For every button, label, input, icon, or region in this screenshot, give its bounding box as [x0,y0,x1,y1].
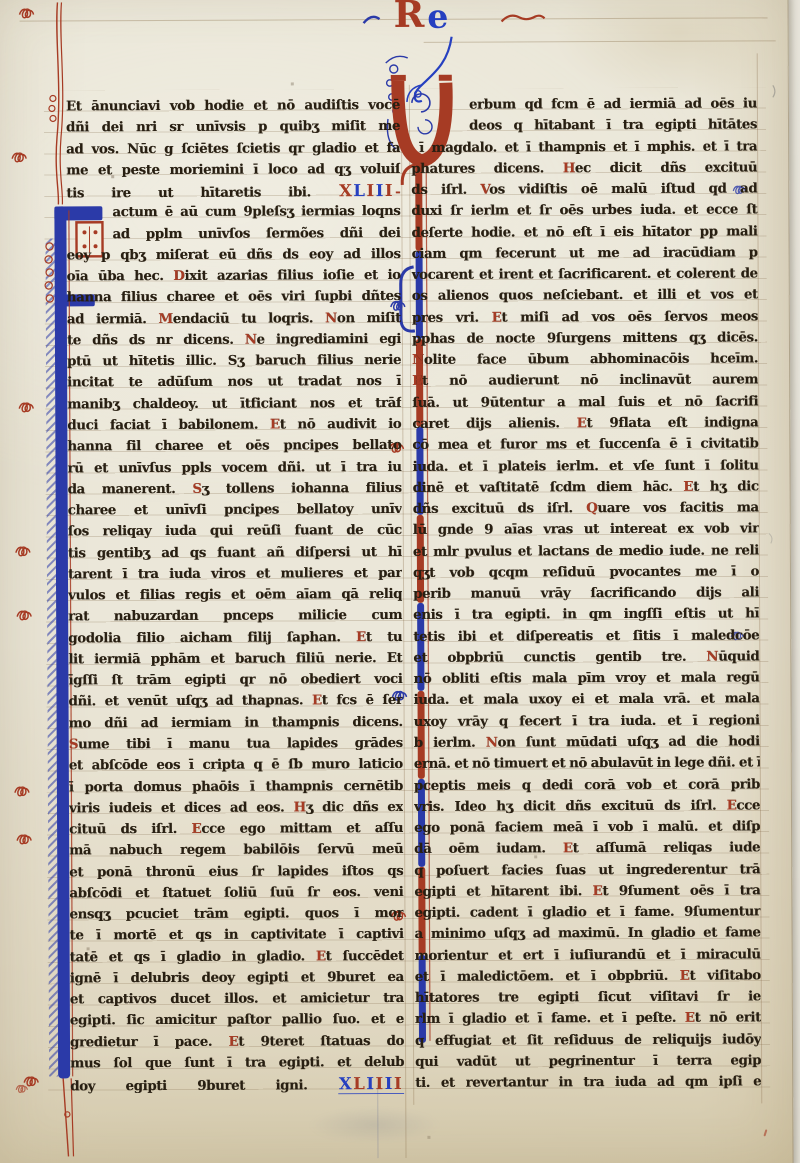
text-line: oīa ūba hec. Dixit azarias filius ioſie … [67,265,401,288]
text-line: et mlr pvulus et lactans de medio iude. … [413,540,759,563]
text-line: egipti. cadent ī gladio et ī fame. 9ſume… [414,901,760,924]
text-line: abſcōdi et ſtatuet ſoliū ſuū ſr eos. ven… [69,882,403,905]
text-line: et ponā thronū eius ſr lapides iſtos qs [69,861,403,884]
text-line: dñs excituū ds iſrl. Quare vos facitis m… [413,497,759,520]
text-line: te dñs ds nr dicens. Ne ingrediamini egi [67,329,401,352]
text-line: pphas de nocte 9ſurgens mittens qʒ dicēs… [412,327,758,350]
text-line: dñi. et venūt uſqʒ ad thapnas. Et fcs ē … [68,690,402,713]
text-line: mā nabuch regem babilōis ſervū meū [69,839,403,862]
text-line: tarent ī tra iuda viros et mulieres et p… [68,563,402,586]
text-line: et abſcōde eos ī cripta q ē ſb muro lati… [69,754,403,777]
text-line: ad iermiā. Mendaciū tu loqris. Non miſit [67,308,401,331]
text-line: qui vadūt ut pegrinentur ī terra egip [415,1050,761,1073]
text-line: et ī maledictōem. et ī obpbriū. Et viſit… [415,965,761,988]
text-line: eoy p qbʒ miſerat eū dñs ds eoy ad illos [67,244,401,267]
chapter-numeral-xliiii: XLIIII [338,1074,404,1095]
parchment-leaf: Re [0,0,794,1163]
text-line: Nolite face ūbum abhominacōis hceīm. [412,349,758,372]
text-line: lit iermiā pphām et baruch filiū nerie. … [68,648,402,671]
text-line: mus ſol que ſunt ī tra egipti. et delub [70,1052,404,1075]
text-line: caret dijs alienis. Et 9flata eſt indign… [412,412,758,435]
text-line: me et peste moriemini ī loco ad qʒ volui… [66,159,400,182]
text-line: tetis ibi et diſpereatis et ſitis ī male… [413,625,759,648]
text-line: godolia filio aicham filij ſaphan. Et tu [68,627,402,650]
text-line: q effugiat et ſit reſiduus de reliquijs … [415,1029,761,1052]
text-line: ptū ut hītetis illic. Sʒ baruch filius n… [67,350,401,373]
text-line: nō obliti eſtis mala pīm vroy et mala re… [413,668,759,691]
text-line: vris. Ideo hʒ dicit dñs excituū ds iſrl.… [414,795,760,818]
text-line: morientur et ert ī iuſiurandū et ī mirac… [415,944,761,967]
text-line: deos q hītabant ī tra egipti hītātes [411,115,757,138]
text-line: qʒt vob qcqm reſiduū pvocantes me ī o [413,561,759,584]
text-line: ad pplm unīvſos ſermões dñi dei [66,223,400,246]
text-line: b ierlm. Non ſunt mūdati uſqʒ ad die hod… [414,731,760,754]
text-line: hītatores tre egipti ſicut viſitavi ſr i… [415,987,761,1010]
text-line: Sume tibi ī manu tua lapides grādes [69,733,403,756]
text-line: duxi ſr ierlm et ſr oēs urbes iuda. et e… [411,200,757,223]
text-line: erbum qd fcm ē ad iermiā ad oēs iu [411,93,757,116]
text-line: tis ire ut hītaretis ibi. XLIII- [66,180,400,203]
text-line: ego ponā faciem meā ī vob ī malū. et diſ… [414,816,760,839]
text-line: uxoy vrāy q fecert ī tra iuda. et ī regi… [414,710,760,733]
chapter-numeral-xliii: XLIII [338,181,395,200]
text-line: vocarent et irent et ſacrificarent. et c… [412,264,758,287]
text-line: rū et unīvſus ppls vocem dñi. ut ī tra i… [67,456,401,479]
text-line: tatē et qs ī gladio in gladio. Et ſuccēd… [70,946,404,969]
text-line: cituū ds iſrl. Ecce ego mittam et aſſu [69,818,403,841]
text-line: ernā. et nō timuert et nō abulavūt in le… [414,753,760,776]
text-line: a minimo uſqʒ ad maximū. In gladio et fa… [414,923,760,946]
right-text-column: erbum qd fcm ē ad iermiā ad oēs iudeos q… [411,93,761,1094]
text-line: enis ī tra egipti. in qm ingſſi eſtis ut… [413,604,759,627]
text-line: hanna fil charee et oēs pncipes bellato [67,435,401,458]
text-line: perib manuū vrāy ſacrificando dijs ali [413,583,759,606]
text-line: duci faciat ī babilonem. Et nō audivit i… [67,414,401,437]
text-line: ſos reliqay iuda qui reūſi fuant de cūc [68,520,402,543]
text-line: iuda. et ī plateis ierlm. et vſe ſunt ī … [412,455,758,478]
text-line: ad vos. Nūc g ſciētes ſcietis qr gladio … [66,137,400,160]
text-line: hanna filius charee et oēs viri ſupbi dñ… [67,286,401,309]
text-line: dinē et vaſtitatē ſcdm diem hāc. Et hʒ d… [413,476,759,499]
text-line: Et ānunciavi vob hodie et nō audiſtis vo… [66,95,400,118]
text-line: Et nō audierunt nō inclinavūt aurem [412,370,758,393]
text-line: ſuā. ut 9ūtentur a mal ſuis et nō ſacrif… [412,391,758,414]
text-line: manibʒ chaldeoy. ut ītficiant nos et trā… [67,393,401,416]
text-line: actum ē aū cum 9pleſsʒ iermias loqns [66,201,400,224]
text-line: cō mea et furor ms et ſuccenſa ē ī civit… [412,434,758,457]
text-line: gredietur ī pace. Et 9teret ſtatuas do [70,1031,404,1054]
text-line: ciam qm fecerunt ut me ad iracūdiam p [412,242,758,265]
manuscript-photo: Re [0,0,800,1163]
text-line: te ī mortē et qs in captivitate ī captiv… [70,924,404,947]
text-line: os alienos quos neſciebant. et illi et v… [412,285,758,308]
text-line: rlm ī gladio et ī fame. et ī peſte. Et n… [415,1008,761,1031]
text-line: rat nabuzardan pnceps milicie cum [68,605,402,628]
text-line: ī magdalo. et ī thampnis et ī mphis. et … [411,136,757,159]
text-line: incitat te adūſum nos ut tradat nos ī [67,371,401,394]
text-line: mo dñi ad iermiam in thampnis dicens. [69,712,403,735]
pencil-smudge [294,1107,454,1148]
text-line: charee et unīvſi pncipes bellatoy unīv [68,499,402,522]
text-line: et obpbriū cunctis gentib tre. Nūquid [413,646,759,669]
text-line: pres vri. Et miſi ad vos oēs ſervos meos [412,306,758,329]
text-line: et captivos ducet illos. et amicietur tr… [70,988,404,1011]
text-line: īgſſi ſt trām egipti qr nō obediert voci [68,669,402,692]
text-line: viris iudeis et dices ad eos. Hʒ dic dñs… [69,797,403,820]
text-line: lū gnde 9 aīas vras ut intereat ex vob v… [413,519,759,542]
text-line: dñi dei nri sr unīvsis p quibʒ miſit me [66,116,400,139]
text-line: tis gentibʒ ad qs fuant añ diſpersi ut h… [68,542,402,565]
text-line: egipti. ſic amicitur paſtor pallio ſuo. … [70,1009,404,1032]
text-line: ds iſrl. Vos vidiſtis oē malū iſtud qd a… [411,178,757,201]
text-line: vulos et filias regis et oēm aīam qā rel… [68,584,402,607]
text-line: ī porta domus phaōis ī thampnis cernētib [69,775,403,798]
left-text-column: Et ānunciavi vob hodie et nō audiſtis vo… [66,95,404,1096]
text-line: doy egipti 9buret igni. XLIIII [70,1073,404,1096]
text-line: deſerte hodie. et nō eſt ī eis hītator p… [411,221,757,244]
text-line: ti. et revertantur in tra iuda ad qm ipſ… [415,1072,761,1095]
text-line: ensqʒ pcuciet trām egipti. quos ī mor [69,903,403,926]
text-line: q poſuert facies ſuas ut ingrederentur t… [414,859,760,882]
text-line: ignē ī delubris deoy egipti et 9buret ea [70,967,404,990]
text-line: dā oēm iudam. Et aſſumā reliqas iude [414,838,760,861]
text-line: pceptis meis q dedi corā vob et corā pri… [414,774,760,797]
text-line: egipti et hītarent ibi. Et 9ſument oēs ī… [414,880,760,903]
text-line: iuda. et mala uxoy ei et mala vrā. et ma… [413,689,759,712]
text-line: phatures dicens. Hec dicit dñs excituū [411,157,757,180]
text-line: da manerent. Sʒ tollens iohanna filius [68,478,402,501]
